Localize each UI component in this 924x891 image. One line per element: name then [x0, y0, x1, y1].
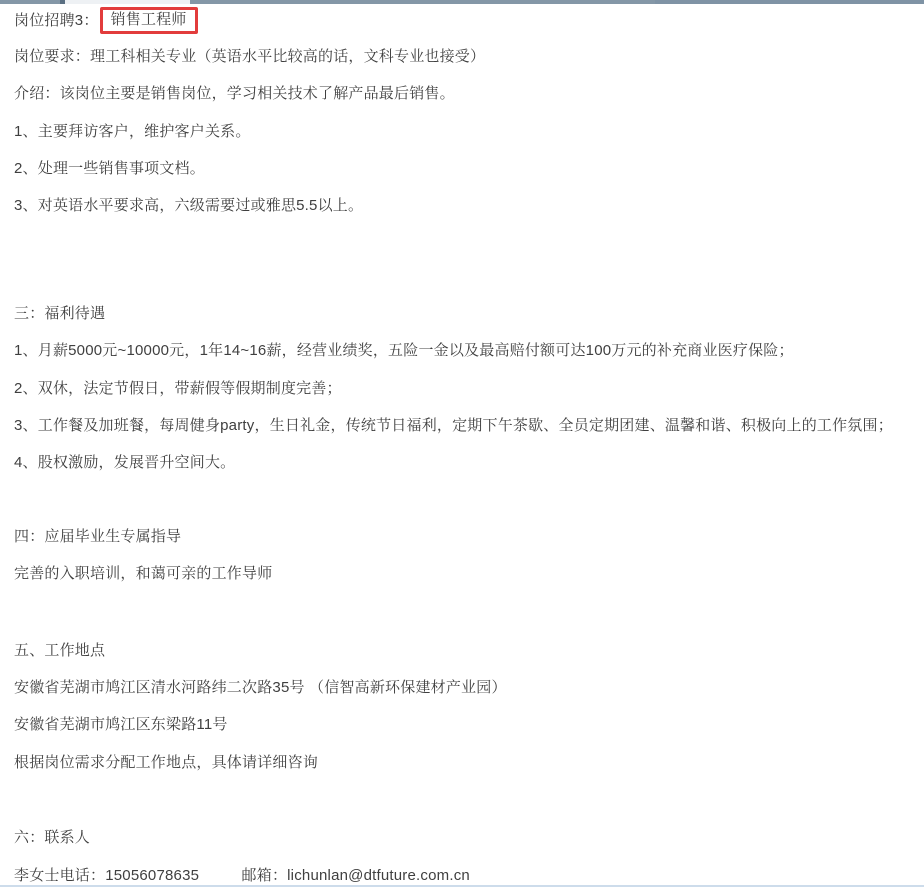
contact-heading: 六：联系人	[14, 828, 90, 848]
benefit-item-2: 2、双休，法定节假日，带薪假等假期制度完善；	[14, 379, 342, 399]
contact-phone: 李女士电话：15056078635	[14, 867, 199, 884]
job-intro: 介绍：该岗位主要是销售岗位，学习相关技术了解产品最后销售。	[14, 84, 455, 104]
graduate-guidance-heading: 四：应届毕业生专属指导	[14, 527, 181, 547]
job-title-highlight-box: 销售工程师	[100, 7, 198, 34]
bottom-divider	[0, 885, 924, 887]
work-location-note: 根据岗位需求分配工作地点，具体请详细咨询	[14, 753, 318, 773]
job-title-value: 销售工程师	[111, 11, 187, 28]
job-requirements: 岗位要求：理工科相关专业（英语水平比较高的话，文科专业也接受）	[14, 47, 485, 67]
job-posting-document: 岗位招聘3： 销售工程师 岗位要求：理工科相关专业（英语水平比较高的话，文科专业…	[0, 0, 924, 891]
duty-item-1: 1、主要拜访客户，维护客户关系。	[14, 122, 251, 142]
duty-item-3: 3、对英语水平要求高，六级需要过或雅思5.5以上。	[14, 196, 363, 216]
graduate-guidance-text: 完善的入职培训，和蔼可亲的工作导师	[14, 564, 272, 584]
duty-item-2: 2、处理一些销售事项文档。	[14, 159, 205, 179]
job-title-line: 岗位招聘3： 销售工程师	[14, 7, 198, 34]
benefit-item-4: 4、股权激励，发展晋升空间大。	[14, 453, 235, 473]
work-location-1: 安徽省芜湖市鸠江区清水河路纬二次路35号 （信智高新环保建材产业园）	[14, 678, 507, 698]
work-location-heading: 五、工作地点	[14, 641, 105, 661]
benefit-item-1: 1、月薪5000元~10000元，1年14~16薪，经营业绩奖，五险一金以及最高…	[14, 341, 794, 361]
benefit-item-3: 3、工作餐及加班餐，每周健身party，生日礼金，传统节日福利，定期下午茶歇、全…	[14, 416, 893, 436]
benefits-heading: 三：福利待遇	[14, 304, 105, 324]
contact-line: 李女士电话：15056078635 邮箱：lichunlan@dtfuture.…	[14, 866, 470, 886]
job-title-label: 岗位招聘3：	[14, 11, 99, 31]
contact-email: 邮箱：lichunlan@dtfuture.com.cn	[242, 867, 470, 884]
work-location-2: 安徽省芜湖市鸠江区东梁路11号	[14, 715, 228, 735]
